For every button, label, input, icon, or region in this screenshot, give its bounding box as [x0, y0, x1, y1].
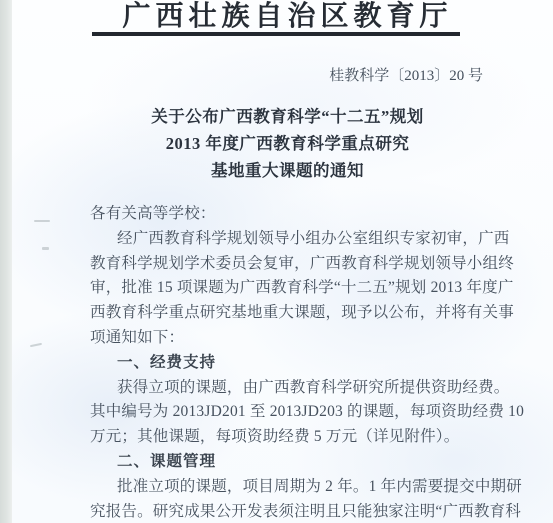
scan-smudge	[42, 247, 49, 250]
document-number: 桂教科学〔2013〕20 号	[329, 64, 483, 85]
agency-name: 广西壮族自治区教育厅	[22, 2, 553, 32]
header-divider-rule	[92, 32, 460, 36]
body-line: 教育科学规划学术委员会复审，广西教育科学规划领导小组终	[90, 252, 498, 277]
body-line: 审，批准 15 项课题为广西教育科学“十二五”规划 2013 年度广	[90, 276, 498, 301]
body-line: 经广西教育科学规划领导小组办公室组织专家初审，广西	[90, 227, 498, 252]
document-body: 各有关高等学校： 经广西教育科学规划领导小组办公室组织专家初审，广西 教育科学规…	[90, 202, 498, 523]
notice-title-line-1: 关于公布广西教育科学“十二五”规划	[22, 103, 553, 130]
scan-smudge	[34, 220, 50, 222]
notice-title-line-2: 2013 年度广西教育科学重点研究	[22, 130, 553, 157]
notice-title: 关于公布广西教育科学“十二五”规划 2013 年度广西教育科学重点研究 基地重大…	[22, 103, 553, 184]
scan-smudge	[30, 343, 42, 347]
salutation: 各有关高等学校：	[90, 202, 498, 227]
notice-title-line-3: 基地重大课题的通知	[22, 157, 553, 184]
scanner-edge-strip	[0, 0, 12, 523]
body-line: 项通知如下：	[90, 326, 498, 351]
body-line: 西教育科学重点研究基地重大课题，现予以公布，并将有关事	[90, 301, 498, 326]
body-line: 获得立项的课题，由广西教育科学研究所提供资助经费。	[90, 376, 498, 401]
section-1-heading: 一、经费支持	[90, 351, 498, 376]
section-2-heading: 二、课题管理	[90, 450, 498, 475]
body-line: 究报告。研究成果公开发表须注明且只能独家注明“广西教育科	[90, 500, 498, 523]
body-line: 其中编号为 2013JD201 至 2013JD203 的课题，每项资助经费 1…	[90, 400, 498, 425]
body-line: 批准立项的课题，项目周期为 2 年。1 年内需要提交中期研	[90, 475, 498, 500]
body-line: 万元；其他课题，每项资助经费 5 万元（详见附件）。	[90, 425, 498, 450]
